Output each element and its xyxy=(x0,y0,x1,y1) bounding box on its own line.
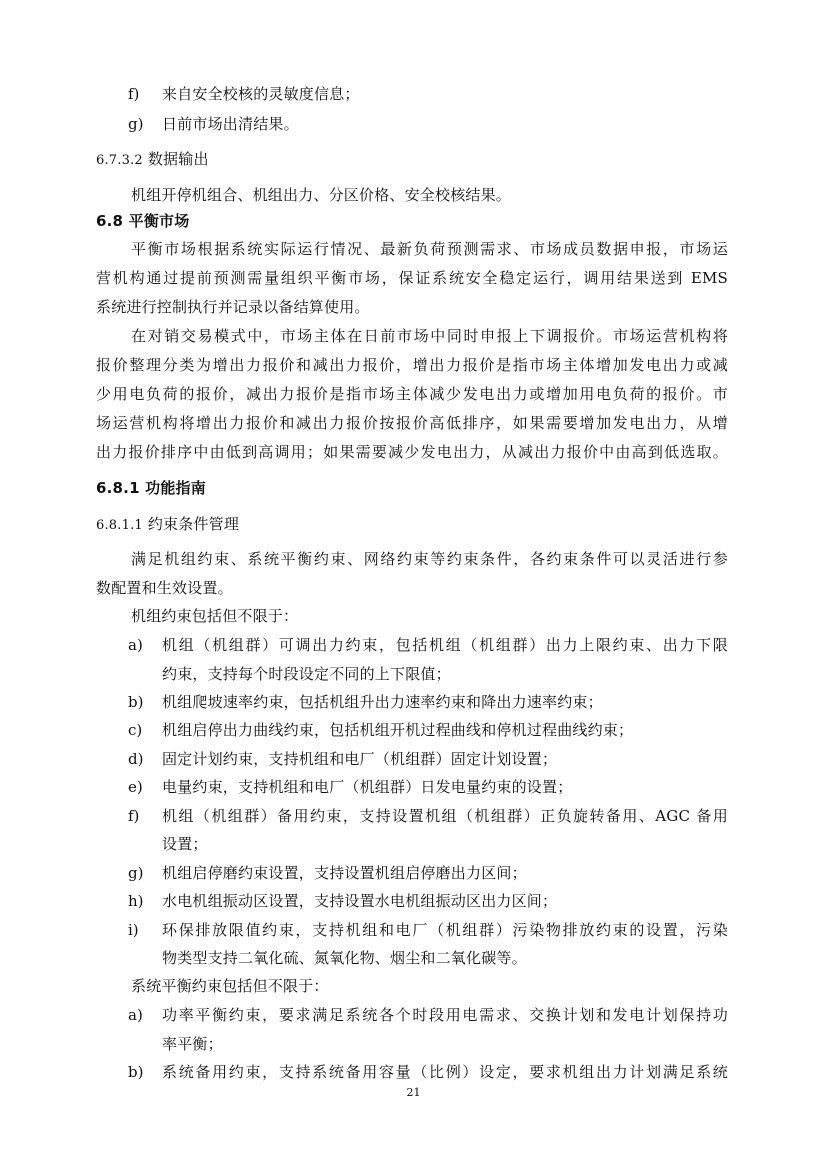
list-marker: a) xyxy=(128,1005,143,1025)
list-marker: g) xyxy=(128,114,143,134)
list-marker: h) xyxy=(128,891,144,911)
list-item-line: 物类型支持二氧化硫、氮氧化物、烟尘和二氧化碳等。 xyxy=(162,948,527,968)
paragraph-line: 数配置和生效设置。 xyxy=(96,578,233,598)
paragraph-line: 系统进行控制执行并记录以备结算使用。 xyxy=(96,297,370,317)
paragraph-line: 平衡市场根据系统实际运行情况、最新负荷预测需求、市场成员数据申报，市场运 xyxy=(131,239,728,259)
list-item: 来自安全校核的灵敏度信息； xyxy=(162,84,360,104)
page-number: 21 xyxy=(0,1086,827,1099)
list-item-line: 固定计划约束，支持机组和电厂（机组群）固定计划设置； xyxy=(162,749,557,769)
list-intro: 机组约束包括但不限于： xyxy=(131,606,298,626)
list-item-line: 机组爬坡速率约束，包括机组升出力速率约束和降出力速率约束； xyxy=(162,692,603,712)
list-marker: e) xyxy=(128,777,143,797)
list-item-line: 率平衡； xyxy=(162,1034,223,1054)
list-marker: i) xyxy=(128,920,139,940)
list-item-line: 系统备用约束，支持系统备用容量（比例）设定，要求机组出力计划满足系统 xyxy=(162,1062,728,1082)
section-title: 平衡市场 xyxy=(129,212,190,230)
paragraph-line: 满足机组约束、系统平衡约束、网络约束等约束条件，各约束条件可以灵活进行参 xyxy=(131,549,728,569)
list-item-line: 设置； xyxy=(162,834,208,854)
paragraph-line: 少用电负荷的报价，减出力报价是指市场主体减少发电出力或增加用电负荷的报价。市 xyxy=(96,384,728,404)
section-heading-68: 6.8 平衡市场 xyxy=(96,211,189,231)
list-item-line: 功率平衡约束，要求满足系统各个时段用电需求、交换计划和发电计划保持功 xyxy=(162,1005,728,1025)
document-page: f) 来自安全校核的灵敏度信息； g) 日前市场出清结果。 6.7.3.2 数据… xyxy=(0,0,827,1169)
section-heading-6811: 6.8.1.1 约束条件管理 xyxy=(96,514,239,536)
paragraph: 机组开停机组合、机组出力、分区价格、安全校核结果。 xyxy=(131,185,511,205)
section-number: 6.7.3.2 xyxy=(96,153,143,168)
list-item-line: 电量约束，支持机组和电厂（机组群）日发电量约束的设置； xyxy=(162,777,572,797)
section-number: 6.8 xyxy=(96,212,123,230)
paragraph-line: 场运营机构将增出力报价和减出力报价按报价高低排序，如果需要增加发电出力，从增 xyxy=(96,413,728,433)
section-heading-6732: 6.7.3.2 数据输出 xyxy=(96,149,209,171)
list-marker: g) xyxy=(128,863,143,883)
list-marker: c) xyxy=(128,720,142,740)
paragraph-line: 营机构通过提前预测需量组织平衡市场，保证系统安全稳定运行，调用结果送到 EMS xyxy=(96,268,728,288)
list-item-line: 环保排放限值约束，支持机组和电厂（机组群）污染物排放约束的设置，污染 xyxy=(162,920,728,940)
paragraph-line: 出力报价排序中由低到高调用；如果需要减少发电出力，从减出力报价中由高到低选取。 xyxy=(96,442,728,462)
section-heading-681: 6.8.1 功能指南 xyxy=(96,478,206,498)
section-number: 6.8.1 xyxy=(96,479,140,497)
list-item-line: 机组启停出力曲线约束，包括机组开机过程曲线和停机过程曲线约束； xyxy=(162,720,633,740)
list-item-line: 机组（机组群）备用约束，支持设置机组（机组群）正负旋转备用、AGC 备用 xyxy=(162,806,728,826)
list-item-line: 约束，支持每个时段设定不同的上下限值； xyxy=(162,664,451,684)
section-title: 约束条件管理 xyxy=(148,515,239,533)
section-title: 数据输出 xyxy=(148,150,209,168)
list-marker: f) xyxy=(128,84,139,104)
paragraph-line: 在对销交易模式中，市场主体在日前市场中同时申报上下调报价。市场运营机构将 xyxy=(131,326,728,346)
list-marker: b) xyxy=(128,692,143,712)
list-item: 日前市场出清结果。 xyxy=(162,114,299,134)
list-marker: a) xyxy=(128,635,143,655)
list-marker: d) xyxy=(128,749,143,769)
list-intro: 系统平衡约束包括但不限于： xyxy=(131,976,329,996)
list-item-line: 机组（机组群）可调出力约束，包括机组（机组群）出力上限约束、出力下限 xyxy=(162,635,728,655)
list-marker: f) xyxy=(128,806,139,826)
list-item-line: 水电机组振动区设置，支持设置水电机组振动区出力区间； xyxy=(162,891,557,911)
section-number: 6.8.1.1 xyxy=(96,518,143,533)
list-item-line: 机组启停磨约束设置，支持设置机组启停磨出力区间； xyxy=(162,863,527,883)
section-title: 功能指南 xyxy=(145,479,206,497)
paragraph-line: 报价整理分类为增出力报价和减出力报价，增出力报价是指市场主体增加发电出力或减 xyxy=(96,355,728,375)
list-marker: b) xyxy=(128,1062,143,1082)
